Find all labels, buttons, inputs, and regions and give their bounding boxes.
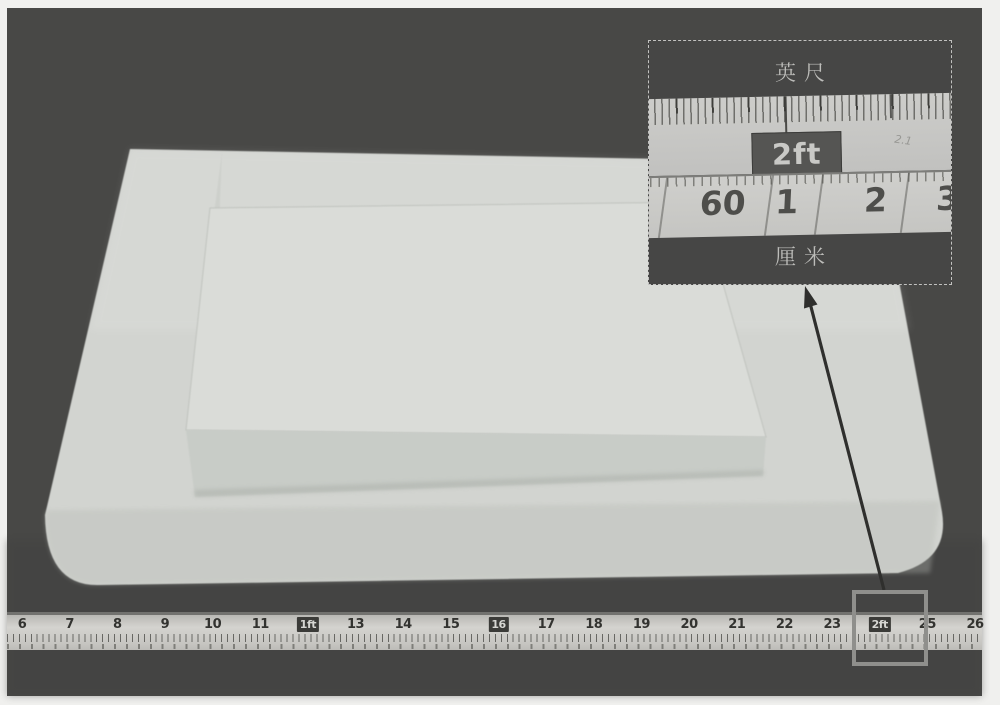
tape-number: 10 <box>204 617 221 632</box>
cm-divider <box>657 173 669 238</box>
inset-top-label: 英尺 <box>649 57 951 87</box>
tape-number: 23 <box>824 617 841 632</box>
cm-number: 3 <box>935 179 952 219</box>
tape-number: 18 <box>585 617 602 632</box>
figure-page: 678910111ft13141516171819202122232ft2526… <box>0 0 1000 705</box>
cm-number: 2 <box>863 180 888 220</box>
measuring-tape: 678910111ft13141516171819202122232ft2526 <box>7 612 982 650</box>
tape-number: 6 <box>18 617 27 632</box>
cm-divider <box>899 172 911 239</box>
tape-number: 15 <box>442 617 459 632</box>
tape-number: 21 <box>728 617 745 632</box>
pencil-mark: 2.1 <box>894 133 913 149</box>
tape-number: 11 <box>252 617 269 632</box>
tape-number: 8 <box>113 617 122 632</box>
inset-panel: 英尺 2ft 2.1 60123 厘米 <box>648 40 952 285</box>
tape-number: 20 <box>681 617 698 632</box>
inset-cm-band: 60123 <box>648 172 952 239</box>
ft-marker: 16 <box>488 617 508 632</box>
tape-number: 13 <box>347 617 364 632</box>
inset-bottom-label: 厘米 <box>649 241 951 271</box>
cm-divider <box>763 172 775 239</box>
slab-front-face <box>45 501 940 585</box>
inset-ruler: 2ft 2.1 60123 <box>648 93 952 241</box>
inch-mark-line-secondary <box>890 94 893 118</box>
tape-number: 22 <box>776 617 793 632</box>
tape-number: 9 <box>161 617 170 632</box>
tape-number: 7 <box>65 617 74 632</box>
cm-divider <box>813 172 825 239</box>
tape-number: 26 <box>966 617 983 632</box>
highlight-box <box>852 590 928 666</box>
cm-number: 60 <box>699 183 747 223</box>
inset-inch-band: 2ft 2.1 <box>648 93 952 179</box>
ft-marker: 1ft <box>297 617 319 632</box>
tape-number: 14 <box>395 617 412 632</box>
cm-number: 1 <box>774 182 799 222</box>
tape-number: 17 <box>538 617 555 632</box>
foot-marker-box: 2ft <box>751 131 842 176</box>
tape-number: 19 <box>633 617 650 632</box>
